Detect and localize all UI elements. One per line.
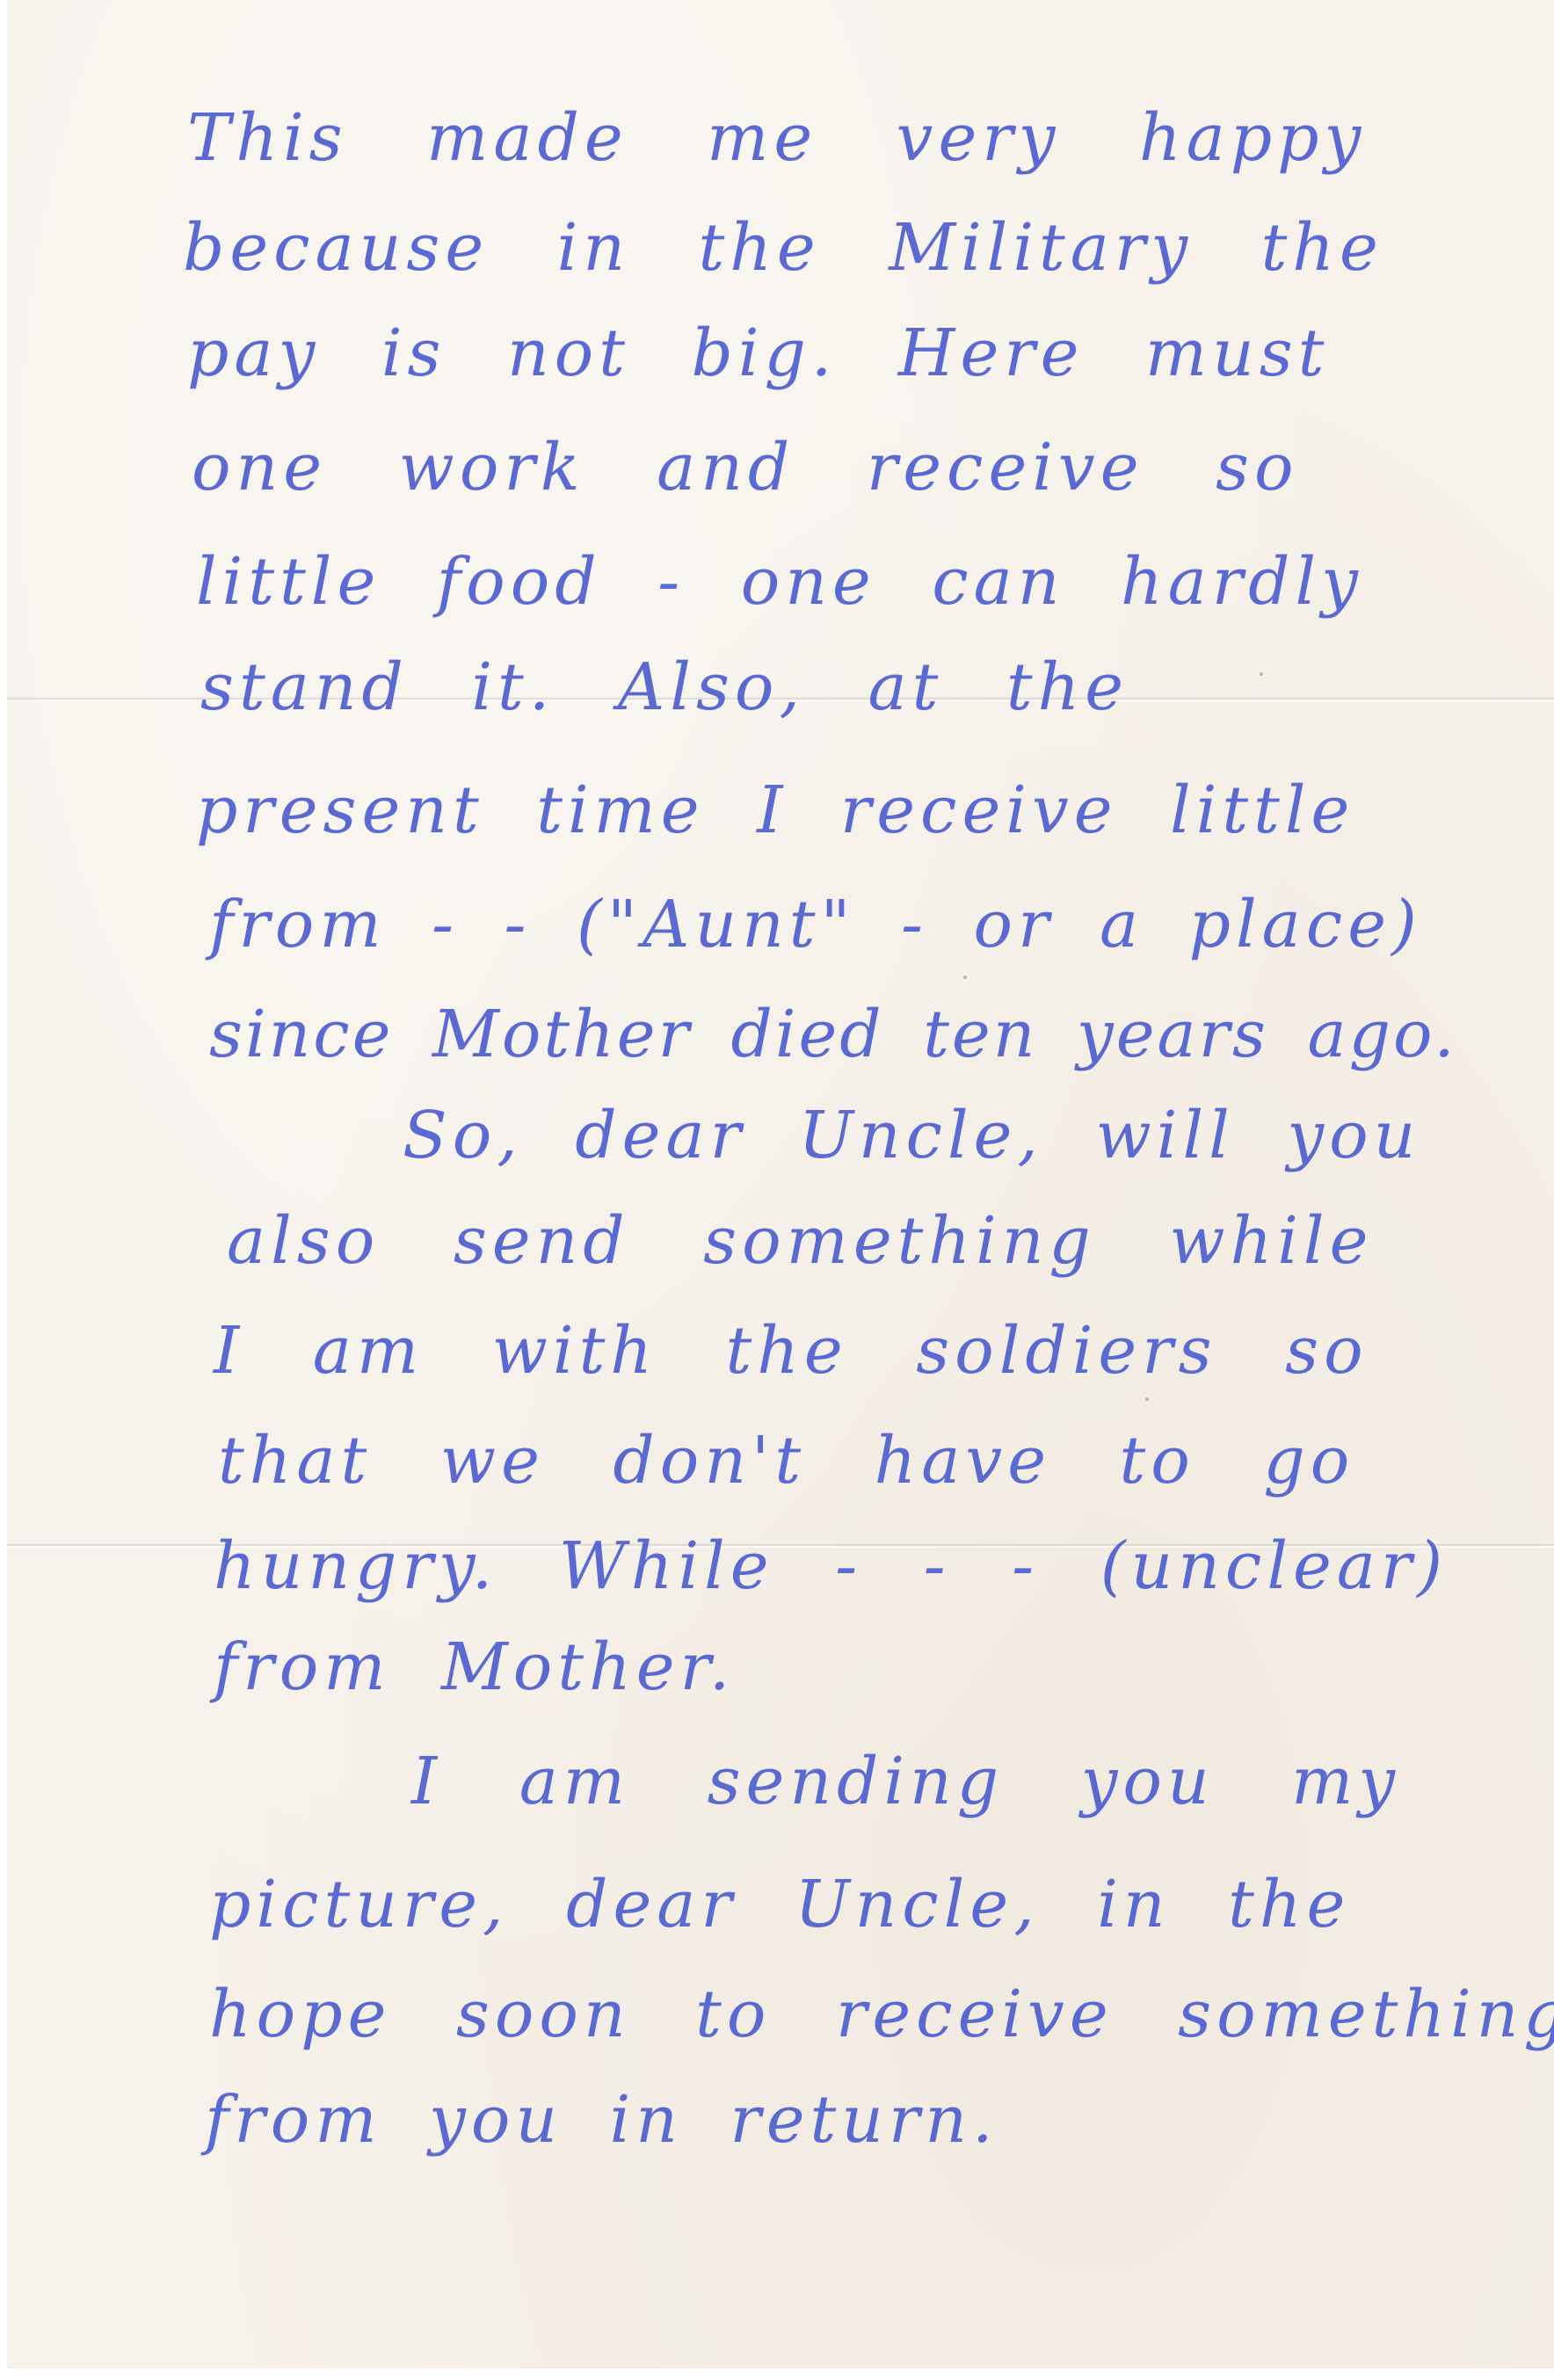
letter-line: This made me very happy (187, 105, 1366, 171)
letter-line: also send something while (227, 1208, 1373, 1273)
letter-line: since Mother died ten years ago. (209, 1002, 1457, 1067)
paper-speck (963, 976, 967, 979)
letter-line: one work and receive so (192, 435, 1299, 500)
letter-paper: This made me very happy because in the M… (7, 0, 1554, 2369)
letter-line: picture, dear Uncle, in the (209, 1872, 1350, 1937)
letter-line: present time I receive little (196, 778, 1354, 843)
letter-line: little food - one can hardly (196, 549, 1363, 614)
letter-line: because in the Military the (183, 215, 1383, 280)
letter-line: I am sending you my (411, 1749, 1400, 1814)
letter-line: from you in return. (205, 2087, 998, 2152)
letter-line: from - - ("Aunt" - or a place) (209, 892, 1422, 957)
letter-line: from Mother. (214, 1635, 735, 1700)
letter-line: that we don't have to go (218, 1428, 1354, 1493)
paper-speck (1260, 672, 1263, 676)
letter-line: So, dear Uncle, will you (403, 1103, 1420, 1168)
letter-line: I am with the soldiers so (214, 1318, 1369, 1383)
letter-line: hungry. While - - - (unclear) (214, 1534, 1448, 1599)
letter-line: hope soon to receive something (209, 1982, 1554, 2047)
paper-speck (1145, 1397, 1149, 1401)
letter-line: stand it. Also, at the (200, 655, 1129, 720)
letter-line: pay is not big. Here must (187, 321, 1329, 386)
